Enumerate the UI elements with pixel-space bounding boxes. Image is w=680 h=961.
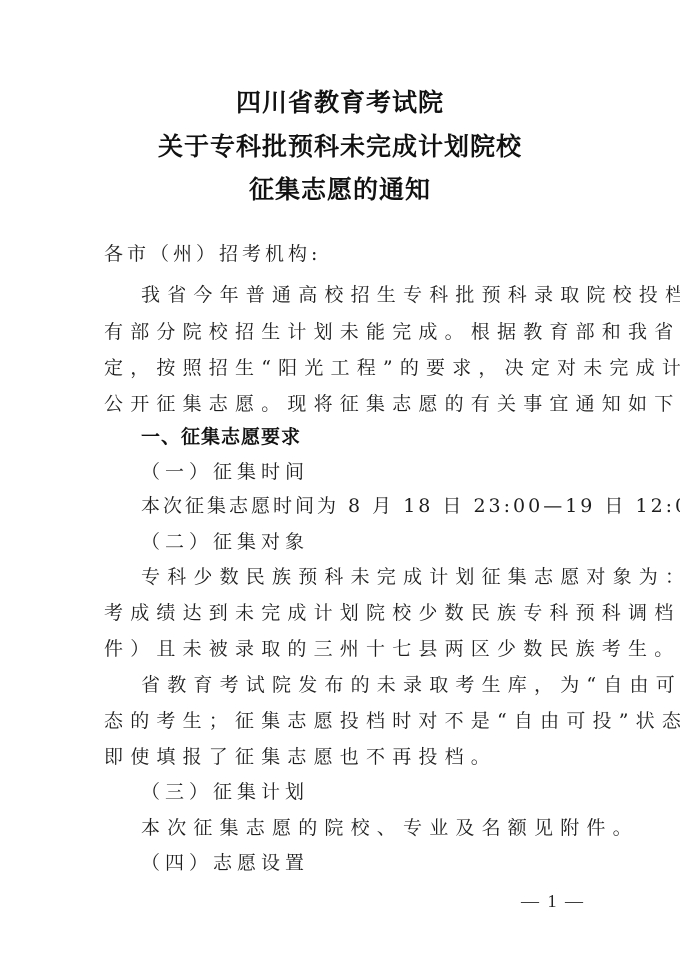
subsection-heading-time: （一）征集时间 [141,460,621,484]
target-line-1: 专科少数民族预科未完成计划征集志愿对象为：高考实 [141,565,581,589]
intro-line-3: 定，按照招生“阳光工程”的要求，决定对未完成计划实行 [104,356,584,380]
collection-time-text: 本次征集志愿时间为 8 月 18 日 23:00—19 日 12:00。 [141,494,621,518]
intro-line-2: 有部分院校招生计划未能完成。根据教育部和我省有关规 [104,320,584,344]
title-line-1: 四川省教育考试院 [0,88,680,118]
salutation: 各市（州）招考机构: [104,242,584,266]
document-page: 四川省教育考试院 关于专科批预科未完成计划院校 征集志愿的通知 各市（州）招考机… [0,0,680,961]
title-line-2: 关于专科批预科未完成计划院校 [0,132,680,162]
page-number: — 1 — [521,891,585,912]
subsection-heading-plan: （三）征集计划 [141,780,621,804]
status-line-3: 即使填报了征集志愿也不再投档。 [104,745,584,769]
subsection-heading-settings: （四）志愿设置 [141,851,621,875]
title-line-3: 征集志愿的通知 [0,175,680,205]
target-line-3: 件）且未被录取的三州十七县两区少数民族考生。 [104,637,584,661]
target-line-2: 考成绩达到未完成计划院校少数民族专科预科调档线（见附 [104,601,584,625]
section-heading-requirements: 一、征集志愿要求 [141,425,301,449]
status-line-1: 省教育考试院发布的未录取考生库，为“自由可投”状 [141,673,581,697]
plan-text: 本次征集志愿的院校、专业及名额见附件。 [141,816,621,840]
intro-line-4: 公开征集志愿。现将征集志愿的有关事宜通知如下: [104,392,584,416]
subsection-heading-target: （二）征集对象 [141,530,621,554]
status-line-2: 态的考生；征集志愿投档时对不是“自由可投”状态的考生 [104,709,584,733]
intro-line-1: 我省今年普通高校招生专科批预科录取院校投档后，尚 [141,283,581,307]
